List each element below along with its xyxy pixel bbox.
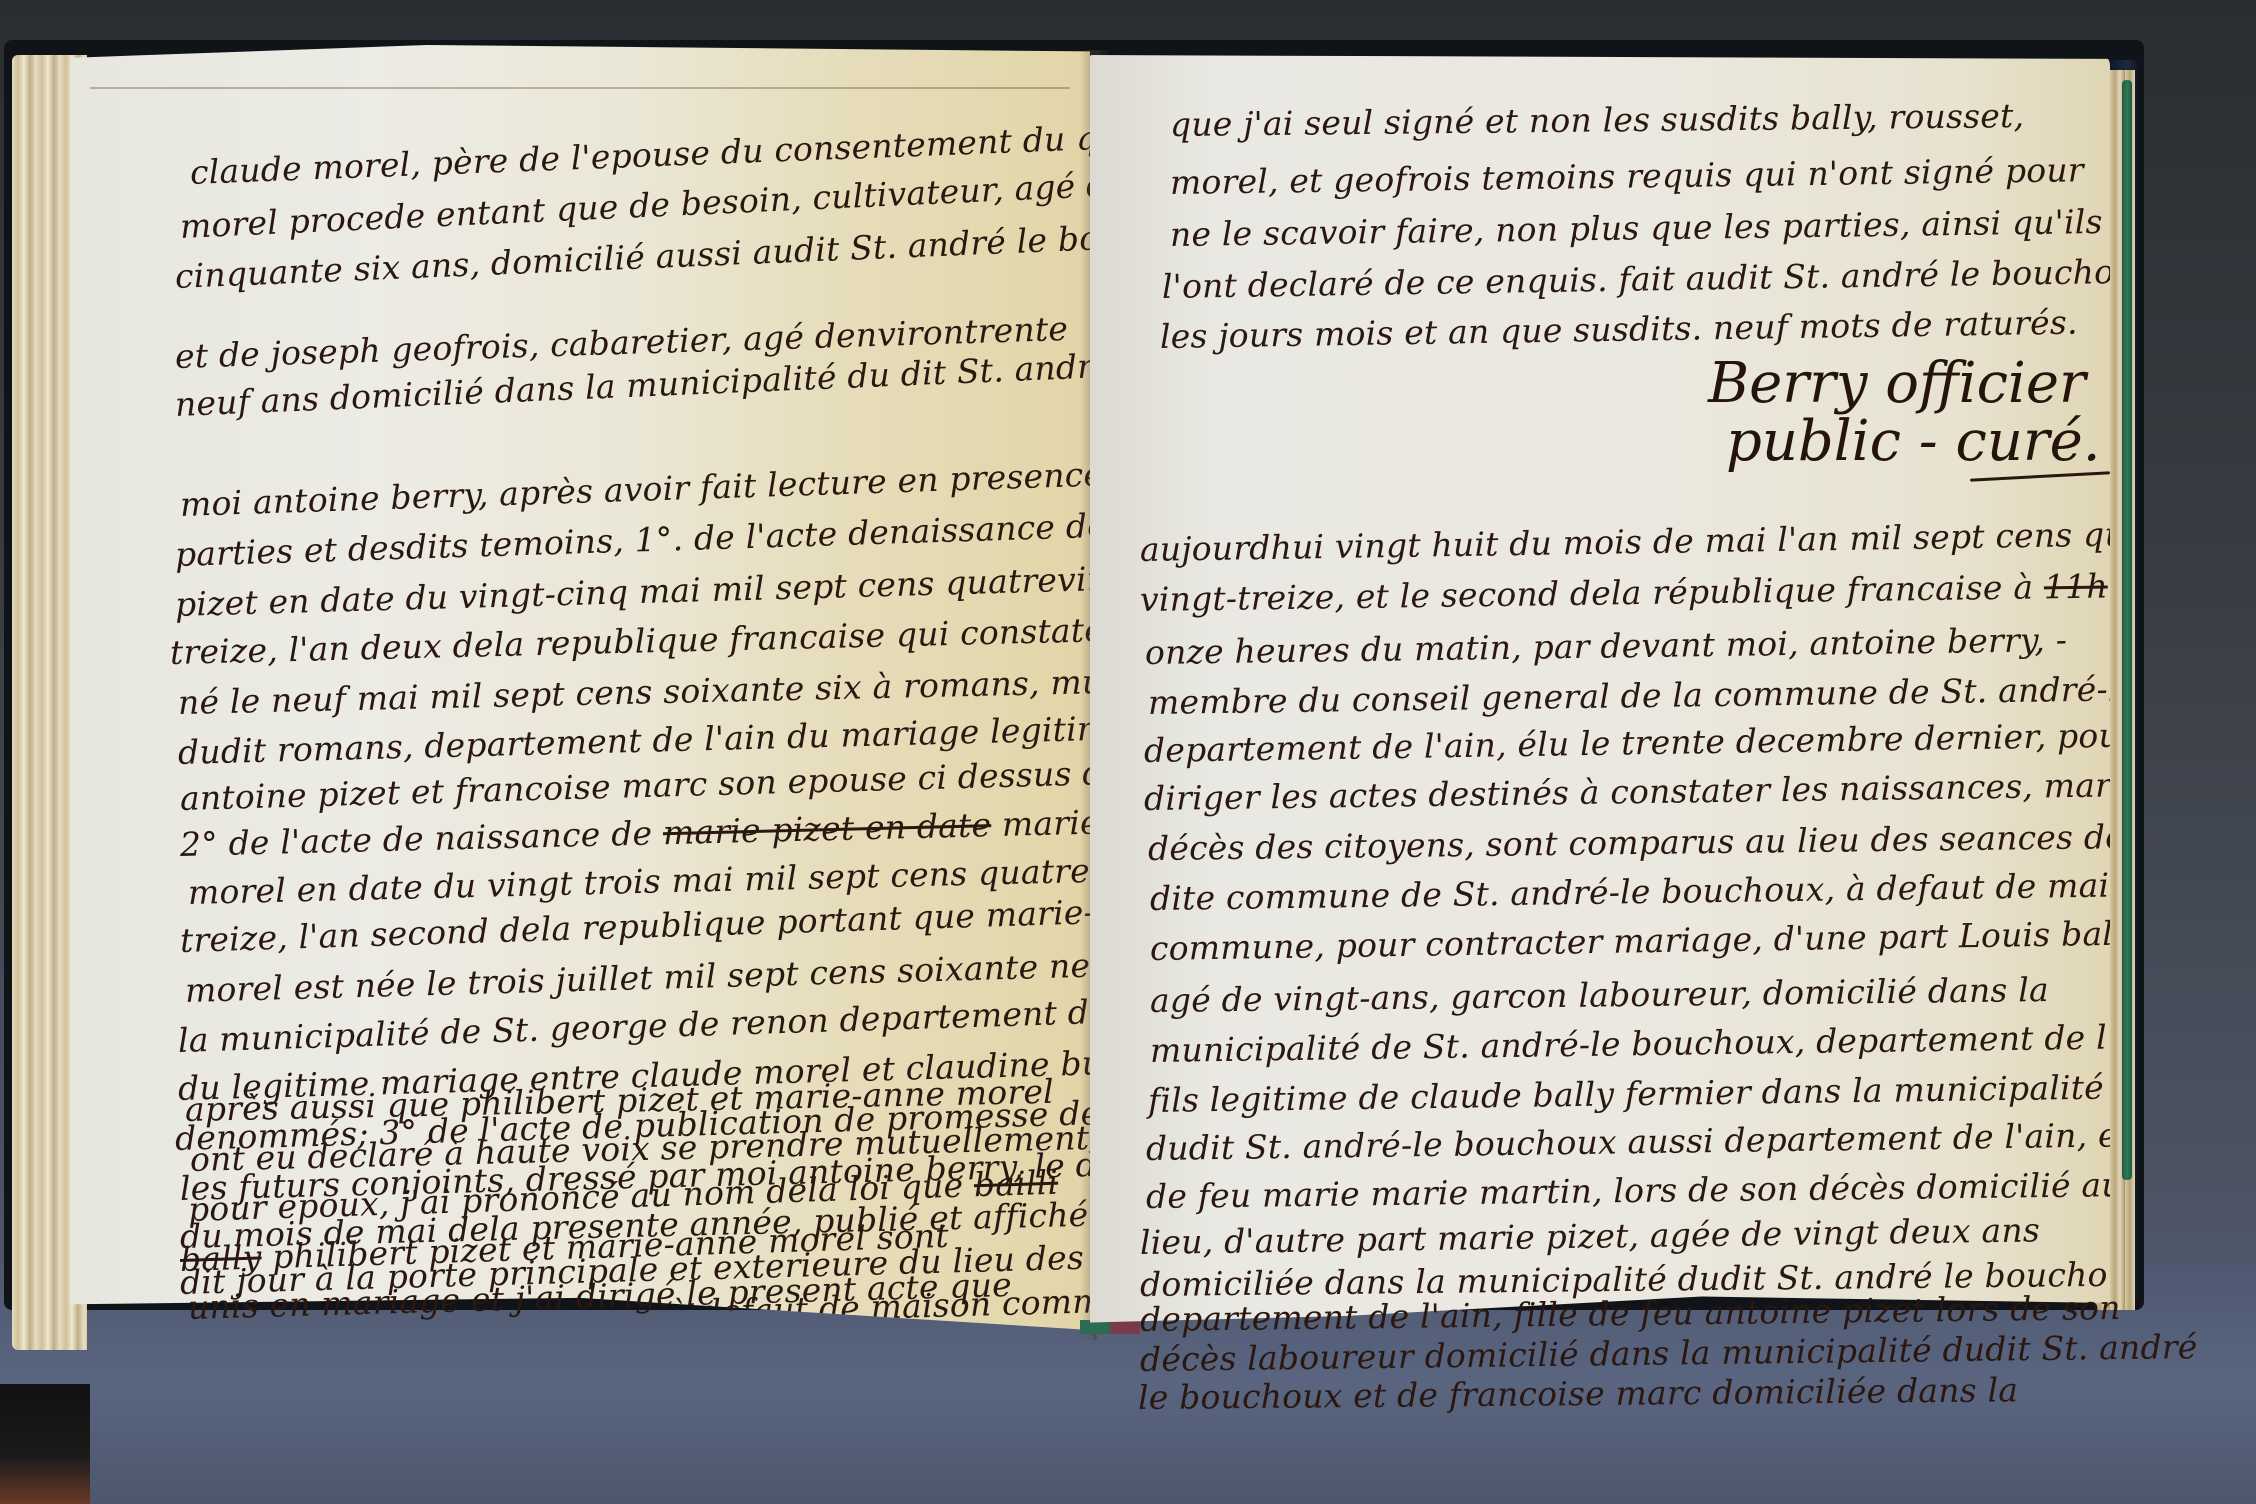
struck-text: marie pizet en date [662, 805, 991, 852]
handwritten-line: décès des citoyens, sont comparus au lie… [1148, 817, 2110, 868]
handwritten-line: l'ont declaré de ce enquis. fait audit S… [1162, 251, 2110, 306]
handwritten-line: le bouchoux et de francoise marc domicil… [1138, 1370, 2018, 1417]
handwritten-line: municipalité de St. andré-le bouchoux, d… [1150, 1017, 2110, 1070]
handwritten-line: onze heures du matin, par devant moi, an… [1145, 620, 2068, 672]
handwritten-line: dudit St. andré-le bouchoux aussi depart… [1146, 1115, 2110, 1168]
handwritten-line: que j'ai seul signé et non les susdits b… [1170, 96, 2025, 144]
page-top-rule [90, 87, 1070, 89]
struck-text: bally [179, 1237, 262, 1279]
right-page-lower: departement de l'ain, fille de feu antoi… [1090, 1300, 2110, 1500]
handwritten-line: les jours mois et an que susdits. neuf m… [1160, 303, 2078, 356]
handwritten-text: vingt-treize, et le second dela républiq… [1140, 568, 2034, 619]
backdrop-object [0, 1384, 90, 1504]
green-ribbon-edge [2122, 80, 2132, 1180]
handwritten-line: fils legitime de claude bally fermier da… [1148, 1068, 2104, 1120]
handwritten-line: morel, et geofrois temoins requis qui n'… [1170, 150, 2084, 202]
signature-line-2: public - curé. [1726, 413, 2101, 471]
handwritten-line: agé de vingt-ans, garcon laboureur, domi… [1150, 970, 2049, 1020]
struck-text: bailli [973, 1163, 1058, 1205]
inserted-text: marie anne [1001, 800, 1090, 844]
handwritten-text: 2° de l'acte de naissance de [180, 813, 653, 864]
handwritten-text: philibert pizet et marie-anne morel sont [272, 1216, 950, 1276]
handwritten-line: vingt-treize, et le second dela républiq… [1140, 566, 2108, 619]
signature-line-1: Berry officier [1708, 355, 2086, 413]
right-page: que j'ai seul signé et non les susdits b… [1090, 55, 2110, 1355]
handwritten-line: dite commune de St. andré-le bouchoux, à… [1150, 865, 2110, 918]
left-page-lower: après aussi que philibert pizet et marie… [70, 1090, 1090, 1340]
handwritten-line: membre du conseil general de la commune … [1148, 667, 2110, 722]
handwritten-line: commune, pour contracter mariage, d'une … [1150, 913, 2110, 968]
handwritten-line: de feu marie marie martin, lors de son d… [1146, 1165, 2110, 1216]
handwritten-line: lieu, d'autre part marie pizet, agée de … [1140, 1210, 2040, 1262]
struck-text: 11h [2044, 566, 2108, 606]
handwritten-line: aujourdhui vingt huit du mois de mai l'a… [1140, 513, 2110, 569]
handwritten-line: departement de l'ain, élu le trente dece… [1144, 715, 2110, 770]
handwritten-line: ne le scavoir faire, non plus que les pa… [1170, 202, 2103, 254]
handwritten-line: diriger les actes destinés à constater l… [1144, 764, 2110, 818]
